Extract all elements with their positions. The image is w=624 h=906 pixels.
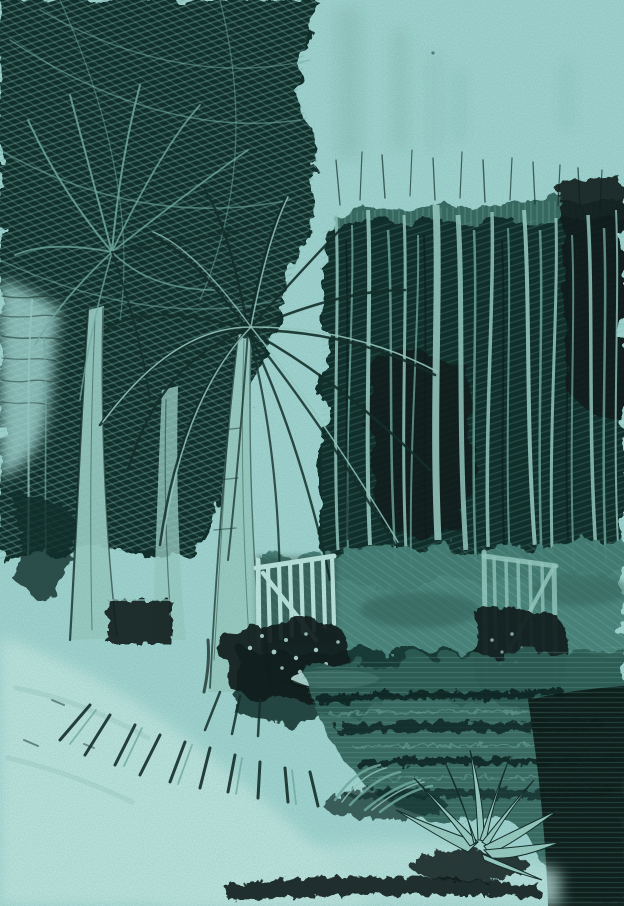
artwork-canvas [0,0,624,906]
print-page [0,0,624,906]
paper-grain-overlay [0,0,624,906]
